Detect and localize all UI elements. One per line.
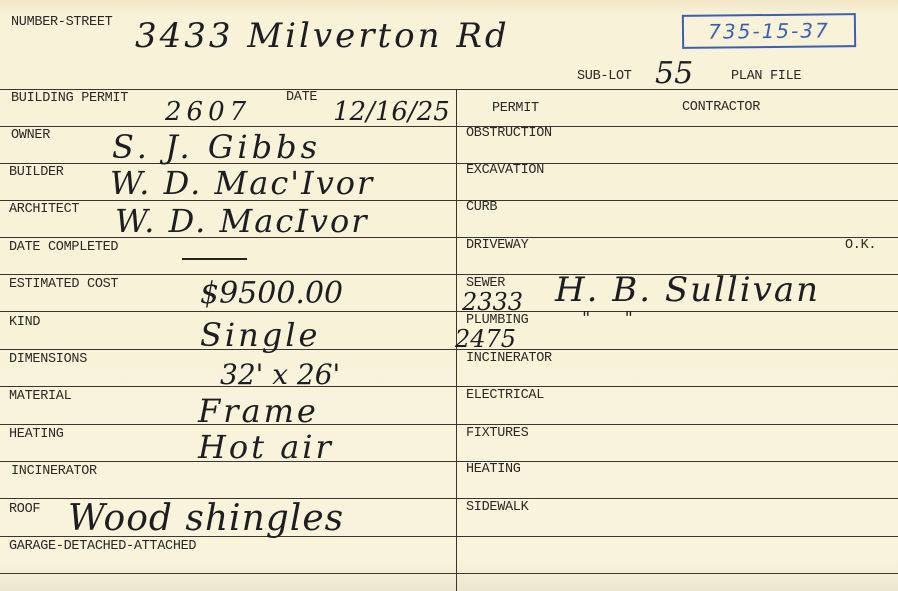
builder-value: W. D. Mac'Ivor: [110, 164, 374, 202]
curb-label: CURB: [466, 200, 497, 216]
sewer-contractor: H. B. Sullivan: [555, 270, 820, 310]
permit-column-header: PERMIT: [492, 101, 539, 117]
kind-value: Single: [200, 316, 320, 354]
heating-permit-label: HEATING: [466, 462, 521, 478]
date-value: 12/16/25: [333, 97, 450, 127]
rule-line: [0, 424, 898, 425]
heating-value: Hot air: [198, 428, 334, 466]
rule-line: [0, 349, 898, 350]
date-completed-dash: [182, 258, 247, 260]
incinerator-permit-label: INCINERATOR: [466, 351, 552, 367]
electrical-label: ELECTRICAL: [466, 388, 544, 404]
dimensions-value: 32' x 26': [220, 358, 340, 391]
material-value: Frame: [198, 392, 319, 430]
plumbing-permit-number: 2475: [455, 325, 516, 353]
date-completed-label: DATE COMPLETED: [9, 240, 118, 256]
estimated-cost-value: $9500.00: [200, 276, 343, 311]
rule-line: [0, 386, 898, 387]
excavation-label: EXCAVATION: [466, 163, 544, 179]
parcel-number-stamp: 735-15-37: [682, 13, 856, 49]
building-permit-value: 2607: [165, 97, 251, 127]
owner-value: S. J. Gibbs: [112, 128, 321, 166]
number-street-label: NUMBER-STREET: [11, 15, 112, 31]
fixtures-label: FIXTURES: [466, 426, 528, 442]
rule-line: [0, 311, 898, 312]
dimensions-label: DIMENSIONS: [9, 352, 87, 368]
number-street-value: 3433 Milverton Rd: [135, 16, 510, 56]
contractor-column-header: CONTRACTOR: [682, 100, 760, 116]
roof-label: ROOF: [9, 502, 40, 518]
owner-label: OWNER: [11, 128, 50, 144]
incinerator-label: INCINERATOR: [11, 464, 97, 480]
builder-label: BUILDER: [9, 165, 64, 181]
sidewalk-label: SIDEWALK: [466, 500, 528, 516]
material-label: MATERIAL: [9, 389, 71, 405]
driveway-note: O.K.: [845, 238, 876, 254]
rule-line: [0, 461, 898, 462]
rule-line: [0, 573, 898, 574]
plumbing-contractor: " ": [582, 308, 633, 329]
architect-value: W. D. MacIvor: [115, 202, 369, 240]
plan-file-label: PLAN FILE: [731, 69, 801, 85]
garage-label: GARAGE-DETACHED-ATTACHED: [9, 539, 196, 555]
sub-lot-label: SUB-LOT: [577, 69, 632, 85]
building-permit-label: BUILDING PERMIT: [11, 91, 128, 107]
obstruction-label: OBSTRUCTION: [466, 126, 552, 142]
kind-label: KIND: [9, 315, 40, 331]
architect-label: ARCHITECT: [9, 202, 79, 218]
driveway-label: DRIVEWAY: [466, 238, 528, 254]
heating-label: HEATING: [9, 427, 64, 443]
sub-lot-value: 55: [655, 56, 693, 91]
roof-value: Wood shingles: [68, 498, 344, 539]
date-label: DATE: [286, 90, 317, 106]
permit-card: NUMBER-STREET 3433 Milverton Rd 735-15-3…: [0, 0, 898, 591]
estimated-cost-label: ESTIMATED COST: [9, 277, 118, 293]
